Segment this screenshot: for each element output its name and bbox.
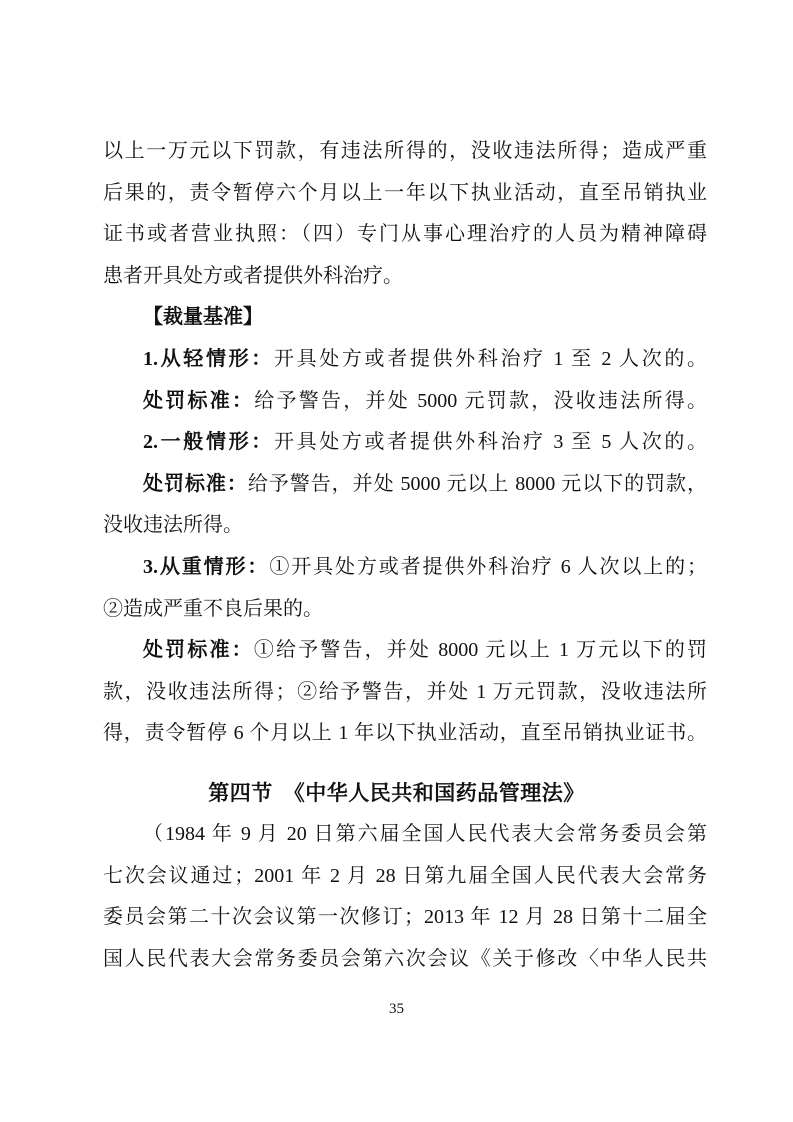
line-bold-prefix: 【裁量基准】 — [143, 306, 263, 328]
line-bold-prefix: 处罚标准： — [143, 473, 248, 495]
line-text: 没收违法所得。 — [103, 514, 243, 536]
penalty-standard-line: 处罚标准：给予警告，并处 5000 元以上 8000 元以下的罚款， — [103, 464, 707, 506]
body-line: 患者开具处方或者提供外科治疗。 — [103, 256, 707, 298]
line-text: 给予警告，并处 5000 元罚款，没收违法所得。 — [254, 390, 707, 412]
line-text: 患者开具处方或者提供外科治疗。 — [103, 265, 403, 287]
line-text: 证书或者营业执照：（四）专门从事心理治疗的人员为精神障碍 — [103, 223, 707, 245]
line-text: 后果的，责令暂停六个月以上一年以下执业活动，直至吊销执业 — [103, 182, 707, 204]
line-bold-prefix: 1.从轻情形： — [143, 348, 274, 370]
penalty-standard-line: 处罚标准：①给予警告，并处 8000 元以上 1 万元以下的罚 — [103, 630, 707, 672]
intro-line: 七次会议通过；2001 年 2 月 28 日第九届全国人民代表大会常务 — [103, 856, 707, 898]
body-line: 证书或者营业执照：（四）专门从事心理治疗的人员为精神障碍 — [103, 214, 707, 256]
body-line: 款，没收违法所得；②给予警告，并处 1 万元罚款，没收违法所 — [103, 672, 707, 714]
line-text: ①给予警告，并处 8000 元以上 1 万元以下的罚 — [254, 639, 707, 661]
law-intro-block: （1984 年 9 月 20 日第六届全国人民代表大会常务委员会第 七次会议通过… — [103, 814, 707, 980]
line-text: 给予警告，并处 5000 元以上 8000 元以下的罚款， — [248, 473, 707, 495]
body-line: ②造成严重不良后果的。 — [103, 589, 707, 631]
line-text: 款，没收违法所得；②给予警告，并处 1 万元罚款，没收违法所 — [103, 681, 707, 703]
document-page: 以上一万元以下罚款，有违法所得的，没收违法所得；造成严重 后果的，责令暂停六个月… — [0, 0, 793, 1122]
line-bold-prefix: 2.一般情形： — [143, 431, 274, 453]
line-text: 开具处方或者提供外科治疗 3 至 5 人次的。 — [274, 431, 707, 453]
line-text: 得，责令暂停 6 个月以上 1 年以下执业活动，直至吊销执业证书。 — [103, 722, 707, 744]
line-text: ①开具处方或者提供外科治疗 6 人次以上的； — [269, 556, 707, 578]
body-line: 后果的，责令暂停六个月以上一年以下执业活动，直至吊销执业 — [103, 173, 707, 215]
body-line: 没收违法所得。 — [103, 505, 707, 547]
discretion-benchmark-header: 【裁量基准】 — [103, 297, 707, 339]
section-heading: 第四节 《中华人民共和国药品管理法》 — [0, 773, 793, 815]
intro-line: 国人民代表大会常务委员会第六次会议《关于修改〈中华人民共 — [103, 939, 707, 981]
line-text: 国人民代表大会常务委员会第六次会议《关于修改〈中华人民共 — [103, 948, 707, 970]
penalty-text-block: 以上一万元以下罚款，有违法所得的，没收违法所得；造成严重 后果的，责令暂停六个月… — [103, 131, 707, 755]
intro-line: 委员会第二十次会议第一次修订；2013 年 12 月 28 日第十二届全 — [103, 897, 707, 939]
general-case-line: 2.一般情形：开具处方或者提供外科治疗 3 至 5 人次的。 — [103, 422, 707, 464]
penalty-standard-line: 处罚标准：给予警告，并处 5000 元罚款，没收违法所得。 — [103, 381, 707, 423]
line-bold-prefix: 3.从重情形： — [143, 556, 269, 578]
intro-line: （1984 年 9 月 20 日第六届全国人民代表大会常务委员会第 — [103, 814, 707, 856]
line-text: 开具处方或者提供外科治疗 1 至 2 人次的。 — [274, 348, 707, 370]
line-bold-prefix: 处罚标准： — [143, 390, 254, 412]
body-line: 得，责令暂停 6 个月以上 1 年以下执业活动，直至吊销执业证书。 — [103, 713, 707, 755]
page-number: 35 — [0, 998, 793, 1020]
line-text: ②造成严重不良后果的。 — [103, 598, 323, 620]
line-text: 七次会议通过；2001 年 2 月 28 日第九届全国人民代表大会常务 — [103, 865, 707, 887]
line-text: （1984 年 9 月 20 日第六届全国人民代表大会常务委员会第 — [143, 823, 707, 845]
line-text: 委员会第二十次会议第一次修订；2013 年 12 月 28 日第十二届全 — [103, 906, 707, 928]
lenient-case-line: 1.从轻情形：开具处方或者提供外科治疗 1 至 2 人次的。 — [103, 339, 707, 381]
body-line: 以上一万元以下罚款，有违法所得的，没收违法所得；造成严重 — [103, 131, 707, 173]
line-text: 以上一万元以下罚款，有违法所得的，没收违法所得；造成严重 — [103, 140, 707, 162]
severe-case-line: 3.从重情形：①开具处方或者提供外科治疗 6 人次以上的； — [103, 547, 707, 589]
line-bold-prefix: 处罚标准： — [143, 639, 254, 661]
